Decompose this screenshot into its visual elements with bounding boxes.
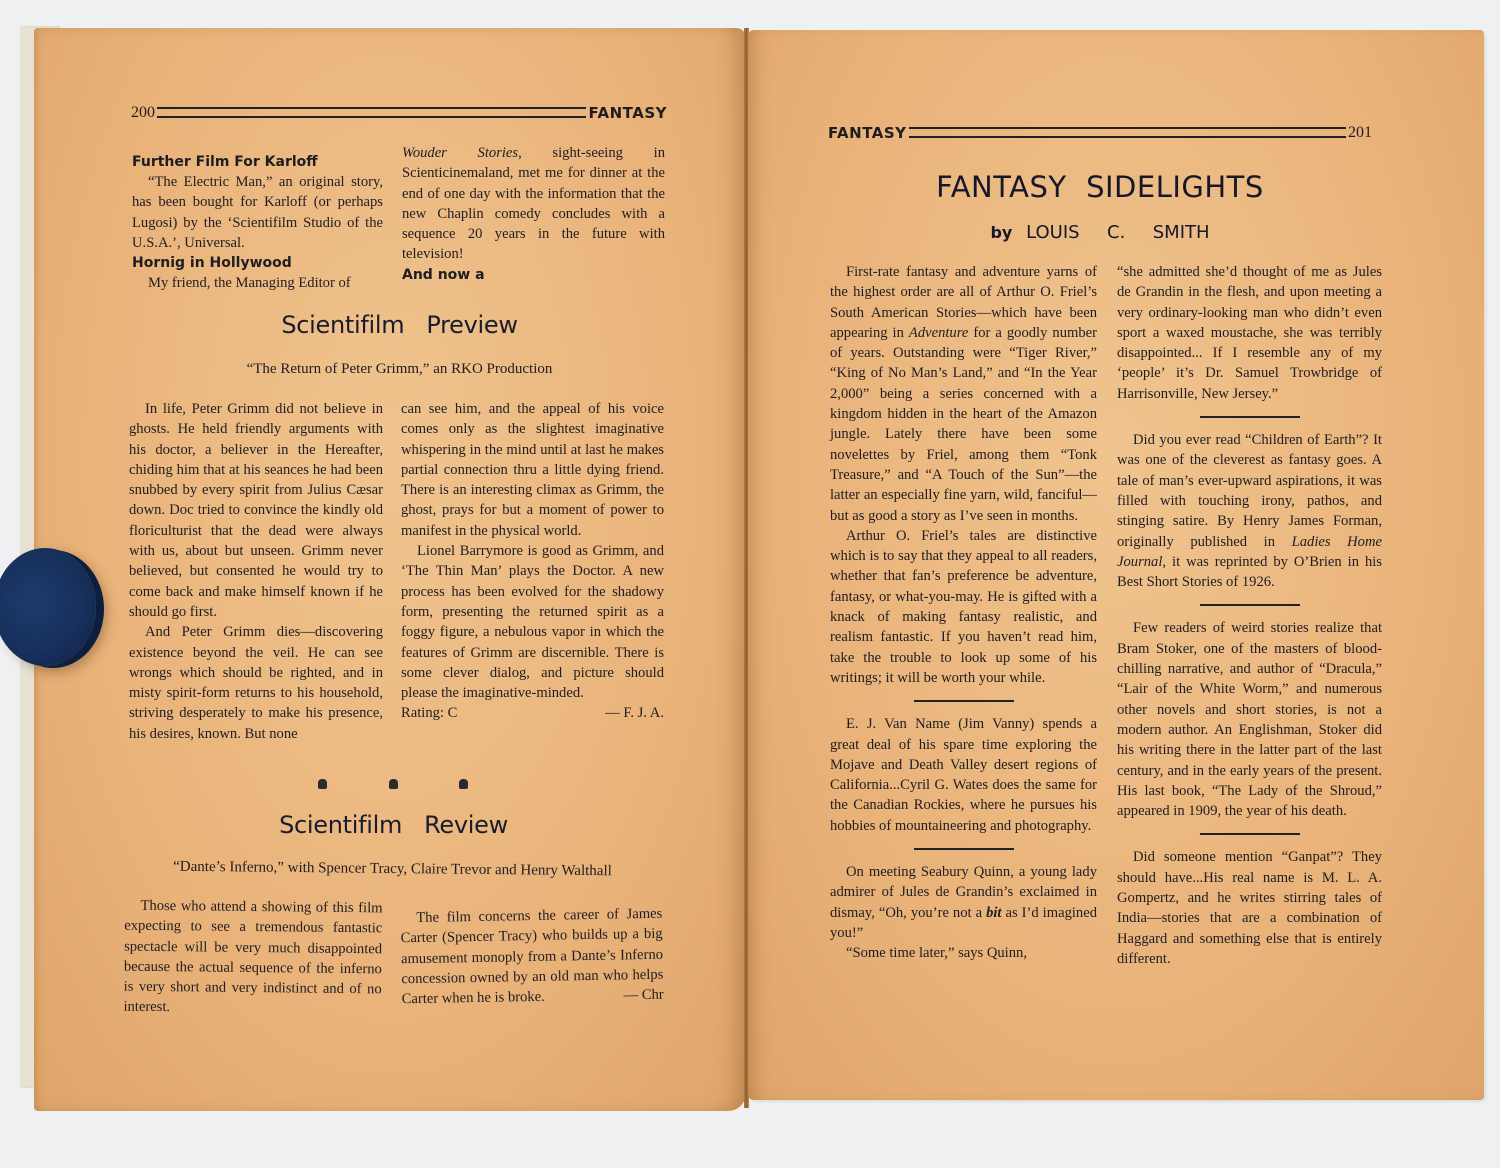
paragraph-quinn-later: “Some time later,” says Quinn, (830, 943, 1097, 963)
magazine-title-italic: Adventure (909, 325, 968, 341)
paragraph-friel-text: for a goodly number of years. Outstandin… (830, 325, 1097, 524)
preview-subtitle: “The Return of Peter Grimm,” an RKO Prod… (132, 361, 667, 378)
paragraph-van-name: E. J. Van Name (Jim Vanny) spends a grea… (830, 714, 1097, 836)
divider-rule (1200, 833, 1300, 835)
rating: Rating: C (401, 703, 457, 723)
heading-further-film: Further Film For Karloff (132, 152, 383, 172)
paragraph-managing-editor: My friend, the Managing Editor of (132, 273, 383, 293)
news-column-1: Further Film For Karloff “The Electric M… (132, 152, 383, 293)
preview-footer: Rating: C — F. J. A. (401, 703, 664, 723)
review-column-1: Those who attend a showing of this film … (123, 896, 382, 1020)
byline: by LOUIS C. SMITH (840, 222, 1360, 243)
ornament-icon (459, 779, 468, 789)
sidelights-column-1: First-rate fantasy and adventure yarns o… (830, 262, 1097, 964)
paragraph-chaplin: Wouder Stories, sight-seeing in Scientic… (402, 143, 665, 265)
paragraph-children-text: Did you ever read “Children of Earth”? I… (1117, 432, 1382, 549)
paragraph-children-of-earth: Did you ever read “Children of Earth”? I… (1117, 430, 1382, 592)
review-title: Scientifilm Review (126, 811, 661, 839)
left-running-head: 200 FANTASY (131, 104, 667, 122)
news-column-2: Wouder Stories, sight-seeing in Scientic… (402, 143, 665, 285)
magazine-name-left: FANTASY (588, 104, 667, 122)
section-ornaments (318, 779, 468, 789)
preview-paragraph: Lionel Barrymore is good as Grimm, and ‘… (401, 541, 664, 703)
paragraph-stoker: Few readers of weird stories realize tha… (1117, 618, 1382, 821)
paragraph-friel: First-rate fantasy and adventure yarns o… (830, 262, 1097, 526)
preview-paragraph: And Peter Grimm dies—discovering existen… (129, 622, 383, 744)
paragraph-electric-man: “The Electric Man,” an original story, h… (132, 172, 383, 253)
preview-paragraph: can see him, and the appeal of his voice… (401, 399, 664, 541)
preview-paragraph: In life, Peter Grimm did not believe in … (129, 399, 383, 622)
emphasis-bit: bit (986, 905, 1001, 921)
magazine-title-italic: Wouder Stories, (402, 145, 522, 161)
paragraph-ganpat: Did someone mention “Ganpat”? They shoul… (1117, 847, 1382, 969)
divider-rule (1200, 416, 1300, 418)
sidelights-column-2: “she admitted she’d thought of me as Jul… (1117, 262, 1382, 969)
heading-and-now: And now a (402, 265, 665, 285)
page-number-right: 201 (1348, 124, 1372, 142)
preview-column-1: In life, Peter Grimm did not believe in … (129, 399, 383, 744)
paragraph-grandin: “she admitted she’d thought of me as Jul… (1117, 262, 1382, 404)
header-rule (909, 127, 1346, 138)
review-paragraph: Those who attend a showing of this film … (123, 896, 382, 1020)
preview-signature: — F. J. A. (605, 703, 664, 723)
heading-hornig: Hornig in Hollywood (132, 253, 383, 273)
review-signature: — Chr (623, 985, 663, 1006)
page-number-left: 200 (131, 104, 155, 122)
paragraph-chaplin-text: sight-seeing in Scienticinemaland, met m… (402, 145, 665, 262)
article-title: FANTASY SIDELIGHTS (840, 170, 1360, 204)
paragraph-quinn: On meeting Seabury Quinn, a young lady a… (830, 862, 1097, 943)
right-running-head: FANTASY 201 (828, 124, 1372, 142)
header-rule (157, 107, 586, 118)
author-name: LOUIS C. SMITH (1026, 222, 1209, 243)
divider-rule (914, 700, 1014, 702)
review-column-2: The film concerns the career of James Ca… (400, 904, 664, 1010)
paragraph-friel-tales: Arthur O. Friel’s tales are distinctive … (830, 526, 1097, 688)
ornament-icon (318, 779, 327, 789)
ornament-icon (389, 779, 398, 789)
divider-rule (1200, 604, 1300, 606)
magazine-name-right: FANTASY (828, 124, 907, 142)
preview-column-2: can see him, and the appeal of his voice… (401, 399, 664, 724)
preview-title: Scientifilm Preview (132, 311, 667, 339)
divider-rule (914, 848, 1014, 850)
byline-by: by (990, 223, 1012, 242)
